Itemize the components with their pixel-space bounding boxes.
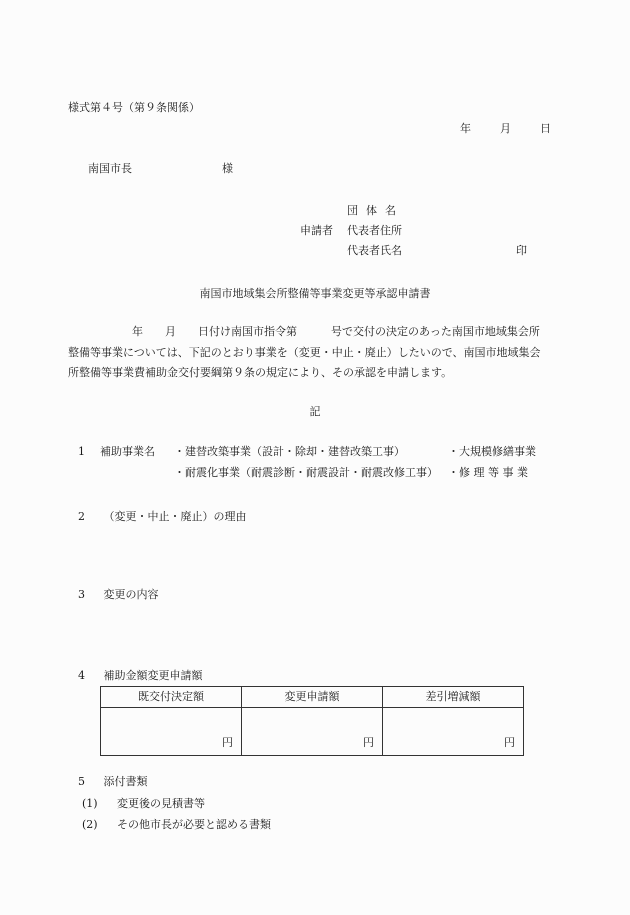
document-title: 南国市地域集会所整備等事業変更等承認申請書	[0, 287, 630, 301]
attachment-item: (2) その他市長が必要と認める書類	[82, 818, 271, 832]
requested-amount-cell[interactable]: 円	[242, 708, 383, 756]
section-5-attachments: 5 添付書類	[78, 775, 148, 789]
section-label: 変更の内容	[104, 588, 159, 601]
attachment-label: その他市長が必要と認める書類	[117, 818, 271, 831]
applicant-role-label: 申請者	[300, 224, 344, 238]
body-line-3: 所整備等事業費補助金交付要綱第９条の規定により、その承認を申請します。	[68, 363, 542, 384]
section-label: 補助事業名	[100, 445, 155, 459]
amount-table: 既交付決定額 変更申請額 差引増減額 円 円 円	[100, 686, 524, 756]
yen-unit: 円	[222, 736, 233, 749]
option-repair: ・修 理 等 事 業	[448, 466, 528, 480]
ki-heading: 記	[0, 405, 630, 419]
addressee-honorific: 様	[222, 162, 233, 175]
option-rebuild: ・建替改築事業（設計・除却・建替改築工事）	[174, 445, 405, 459]
addressee: 南国市長様	[88, 162, 233, 176]
table-row: 円 円 円	[101, 708, 524, 756]
representative-address-label: 代表者住所	[347, 224, 402, 238]
date-year-label: 年	[460, 122, 471, 136]
table-header-row: 既交付決定額 変更申請額 差引増減額	[101, 687, 524, 708]
date-month-label: 月	[500, 122, 511, 136]
yen-unit: 円	[363, 736, 374, 749]
body-paragraph: 年月日付け南国市指令第号で交付の決定のあった南国市地域集会所 整備等事業について…	[68, 322, 542, 384]
section-3-change-details: 3 変更の内容	[78, 588, 159, 602]
section-4-amount-change: 4 補助金額変更申請額	[78, 669, 203, 683]
yen-unit: 円	[504, 736, 515, 749]
date-day-label: 日	[540, 122, 551, 136]
attachment-label: 変更後の見積書等	[117, 797, 205, 810]
section-label: 補助金額変更申請額	[104, 669, 203, 682]
seal-label: 印	[516, 244, 527, 258]
section-number: 5	[78, 775, 100, 789]
section-2-reason: 2 （変更・中止・廃止）の理由	[78, 510, 247, 524]
section-number: 1	[78, 445, 100, 459]
organization-label: 団体名	[347, 204, 404, 218]
granted-amount-cell[interactable]: 円	[101, 708, 242, 756]
section-number: 4	[78, 669, 100, 683]
section-label: （変更・中止・廃止）の理由	[104, 510, 247, 523]
attachment-number: (2)	[82, 818, 102, 832]
option-seismic: ・耐震化事業（耐震診断・耐震設計・耐震改修工事）	[174, 466, 438, 480]
body-line-1: 年月日付け南国市指令第号で交付の決定のあった南国市地域集会所	[68, 322, 542, 343]
option-major-repair: ・大規模修繕事業	[448, 445, 536, 459]
date-line: 年 月 日	[460, 122, 551, 136]
header-requested-amount: 変更申請額	[242, 687, 383, 708]
section-label: 添付書類	[104, 775, 148, 788]
form-number: 様式第４号（第９条関係）	[68, 101, 200, 115]
attachment-number: (1)	[82, 797, 102, 811]
addressee-name: 南国市長	[88, 162, 132, 175]
header-difference-amount: 差引増減額	[383, 687, 524, 708]
section-1-project-name: 1 補助事業名 ・建替改築事業（設計・除却・建替改築工事） ・大規模修繕事業 ・…	[78, 445, 548, 485]
header-granted-amount: 既交付決定額	[101, 687, 242, 708]
attachment-item: (1) 変更後の見積書等	[82, 797, 205, 811]
difference-amount-cell[interactable]: 円	[383, 708, 524, 756]
representative-name-label: 代表者氏名	[347, 244, 402, 258]
section-number: 2	[78, 510, 100, 524]
body-line-2: 整備等事業については、下記のとおり事業を（変更・中止・廃止）したいので、南国市地…	[68, 343, 542, 364]
section-number: 3	[78, 588, 100, 602]
